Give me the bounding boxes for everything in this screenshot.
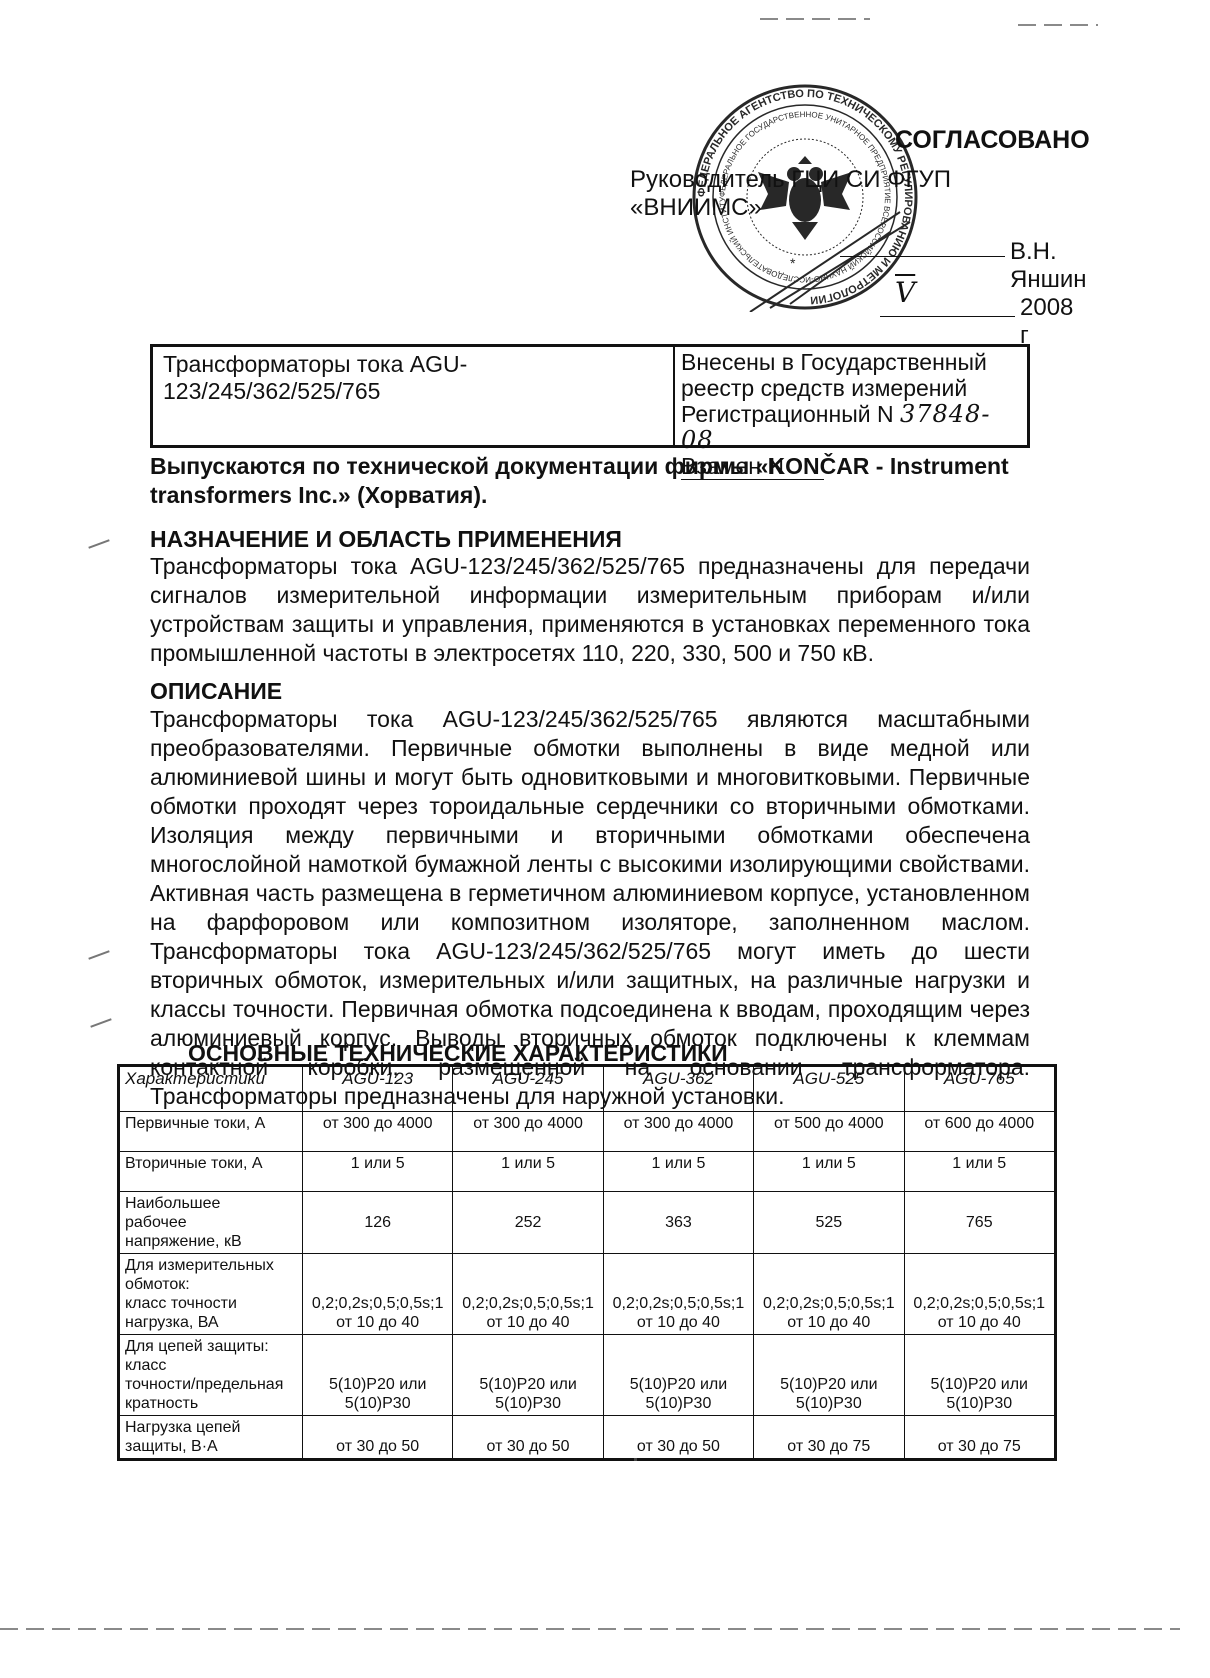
cell: 1 или 5 xyxy=(603,1152,753,1192)
row-label-line: точности/предельная xyxy=(125,1375,297,1394)
product-name: Трансформаторы тока AGU-123/245/362/525/… xyxy=(153,347,675,445)
row-label-line: Нагрузка цепей xyxy=(125,1418,297,1437)
table-row: Для измерительных обмоток: класс точност… xyxy=(119,1254,1056,1335)
registry-line1: Внесены в Государственный xyxy=(681,349,1021,375)
specs-title: ОСНОВНЫЕ ТЕХНИЧЕСКИЕ ХАРАКТЕРИСТИКИ xyxy=(188,1040,728,1067)
cell: от 300 до 4000 xyxy=(303,1112,453,1152)
row-label: Нагрузка цепей защиты, В·А xyxy=(119,1416,303,1460)
table-row: Для цепей защиты: класс точности/предель… xyxy=(119,1335,1056,1416)
official-stamp-icon: ФЕДЕРАЛЬНОЕ АГЕНТСТВО ПО ТЕХНИЧЕСКОМУ РЕ… xyxy=(690,82,920,312)
row-label-line: Для цепей защиты: xyxy=(125,1337,297,1356)
scan-dot xyxy=(634,1458,637,1461)
cell: 765 xyxy=(904,1192,1056,1254)
section-text-purpose: Трансформаторы тока AGU-123/245/362/525/… xyxy=(150,552,1030,668)
cell: 525 xyxy=(754,1192,904,1254)
header-agu-362: AGU-362 xyxy=(603,1066,753,1112)
cell: 5(10)P20 или5(10)P30 xyxy=(453,1335,603,1416)
cell: 5(10)P20 или5(10)P30 xyxy=(303,1335,453,1416)
header-agu-765: AGU-765 xyxy=(904,1066,1056,1112)
cell-line: 5(10)P20 или xyxy=(759,1375,898,1394)
header-agu-525: AGU-525 xyxy=(754,1066,904,1112)
margin-mark xyxy=(88,950,109,959)
date-line xyxy=(880,316,1015,317)
header-characteristics: Характеристики xyxy=(119,1066,303,1112)
margin-mark xyxy=(90,1018,111,1027)
cell: от 30 до 50 xyxy=(603,1416,753,1460)
cell: от 500 до 4000 xyxy=(754,1112,904,1152)
cell: 5(10)P20 или5(10)P30 xyxy=(754,1335,904,1416)
table-row: Первичные токи, А от 300 до 4000 от 300 … xyxy=(119,1112,1056,1152)
cell: 0,2;0,2s;0,5;0,5s;1от 10 до 40 xyxy=(754,1254,904,1335)
row-label-line: нагрузка, ВА xyxy=(125,1313,297,1332)
row-label-line: защиты, В·А xyxy=(125,1437,297,1456)
cell-line: 5(10)P30 xyxy=(759,1394,898,1413)
stamp-star: * xyxy=(790,255,796,271)
registry-info: Внесены в Государственный реестр средств… xyxy=(675,347,1027,445)
cell: 0,2;0,2s;0,5;0,5s;1от 10 до 40 xyxy=(603,1254,753,1335)
cell: 5(10)P20 или5(10)P30 xyxy=(603,1335,753,1416)
specs-table: Характеристики AGU-123 AGU-245 AGU-362 A… xyxy=(117,1064,1057,1461)
section-heading-description: ОПИСАНИЕ xyxy=(150,678,282,705)
cell: 252 xyxy=(453,1192,603,1254)
cell-line: 5(10)P20 или xyxy=(609,1375,748,1394)
cell-line: 0,2;0,2s;0,5;0,5s;1 xyxy=(609,1294,748,1313)
approval-year: 2008 г xyxy=(1020,294,1080,350)
registry-box: Трансформаторы тока AGU-123/245/362/525/… xyxy=(150,344,1030,448)
section-heading-purpose: НАЗНАЧЕНИЕ И ОБЛАСТЬ ПРИМЕНЕНИЯ xyxy=(150,526,622,553)
scan-artifact-bottom xyxy=(0,1628,1180,1630)
cell: 1 или 5 xyxy=(754,1152,904,1192)
cell-line: 5(10)P30 xyxy=(308,1394,447,1413)
cell: 1 или 5 xyxy=(904,1152,1056,1192)
cell-line: 5(10)P30 xyxy=(458,1394,597,1413)
cell-line: 5(10)P30 xyxy=(910,1394,1050,1413)
cell: от 30 до 75 xyxy=(904,1416,1056,1460)
cell: 126 xyxy=(303,1192,453,1254)
registry-number-label: Регистрационный N xyxy=(681,401,894,427)
row-label-line: рабочее xyxy=(125,1213,297,1232)
cell-line: 5(10)P20 или xyxy=(910,1375,1050,1394)
header-agu-245: AGU-245 xyxy=(453,1066,603,1112)
table-row: Нагрузка цепей защиты, В·А от 30 до 50 о… xyxy=(119,1416,1056,1460)
cell-line: 0,2;0,2s;0,5;0,5s;1 xyxy=(308,1294,447,1313)
cell-line: 0,2;0,2s;0,5;0,5s;1 xyxy=(759,1294,898,1313)
row-label-line: класс xyxy=(125,1356,297,1375)
row-label-line: Для измерительных xyxy=(125,1256,297,1275)
specs-header-row: Характеристики AGU-123 AGU-245 AGU-362 A… xyxy=(119,1066,1056,1112)
cell-line: 0,2;0,2s;0,5;0,5s;1 xyxy=(910,1294,1050,1313)
registry-number-row: Регистрационный N 37848-08 xyxy=(681,401,1021,453)
table-row: Вторичные токи, А 1 или 5 1 или 5 1 или … xyxy=(119,1152,1056,1192)
registry-line2: реестр средств измерений xyxy=(681,375,1021,401)
cell-line: 5(10)P30 xyxy=(609,1394,748,1413)
cell: 363 xyxy=(603,1192,753,1254)
cell-line: от 10 до 40 xyxy=(609,1313,748,1332)
cell: 1 или 5 xyxy=(303,1152,453,1192)
cell-line: от 10 до 40 xyxy=(759,1313,898,1332)
cell: 1 или 5 xyxy=(453,1152,603,1192)
cell: от 300 до 4000 xyxy=(603,1112,753,1152)
cell-line: от 10 до 40 xyxy=(458,1313,597,1332)
row-label-line: напряжение, кВ xyxy=(125,1232,297,1251)
cell-line: от 10 до 40 xyxy=(910,1313,1050,1332)
cell: 0,2;0,2s;0,5;0,5s;1от 10 до 40 xyxy=(303,1254,453,1335)
scan-artifact-top-right xyxy=(1018,24,1098,26)
row-label-line: класс точности xyxy=(125,1294,297,1313)
cell-line: 5(10)P20 или xyxy=(308,1375,447,1394)
cell: от 300 до 4000 xyxy=(453,1112,603,1152)
cell: от 30 до 75 xyxy=(754,1416,904,1460)
cell: 0,2;0,2s;0,5;0,5s;1от 10 до 40 xyxy=(453,1254,603,1335)
scan-artifact-top-left xyxy=(760,18,870,20)
cell: 5(10)P20 или5(10)P30 xyxy=(904,1335,1056,1416)
margin-mark xyxy=(88,539,109,548)
cell: от 600 до 4000 xyxy=(904,1112,1056,1152)
approval-title: СОГЛАСОВАНО xyxy=(895,126,1090,155)
row-label-line: Наибольшее xyxy=(125,1194,297,1213)
cell-line: 5(10)P20 или xyxy=(458,1375,597,1394)
row-label-line: обмоток: xyxy=(125,1275,297,1294)
cell: от 30 до 50 xyxy=(453,1416,603,1460)
row-label: Первичные токи, А xyxy=(119,1112,303,1152)
cell: 0,2;0,2s;0,5;0,5s;1от 10 до 40 xyxy=(904,1254,1056,1335)
row-label-line: кратность xyxy=(125,1394,297,1413)
signer-name: В.Н. Яншин xyxy=(1010,238,1087,294)
cell-line: от 10 до 40 xyxy=(308,1313,447,1332)
manufacturer-note: Выпускаются по технической документации … xyxy=(150,452,1030,510)
row-label: Для измерительных обмоток: класс точност… xyxy=(119,1254,303,1335)
cell: от 30 до 50 xyxy=(303,1416,453,1460)
row-label: Вторичные токи, А xyxy=(119,1152,303,1192)
cell-line: 0,2;0,2s;0,5;0,5s;1 xyxy=(458,1294,597,1313)
table-row: Наибольшее рабочее напряжение, кВ 126 25… xyxy=(119,1192,1056,1254)
header-agu-123: AGU-123 xyxy=(303,1066,453,1112)
row-label: Наибольшее рабочее напряжение, кВ xyxy=(119,1192,303,1254)
row-label: Для цепей защиты: класс точности/предель… xyxy=(119,1335,303,1416)
